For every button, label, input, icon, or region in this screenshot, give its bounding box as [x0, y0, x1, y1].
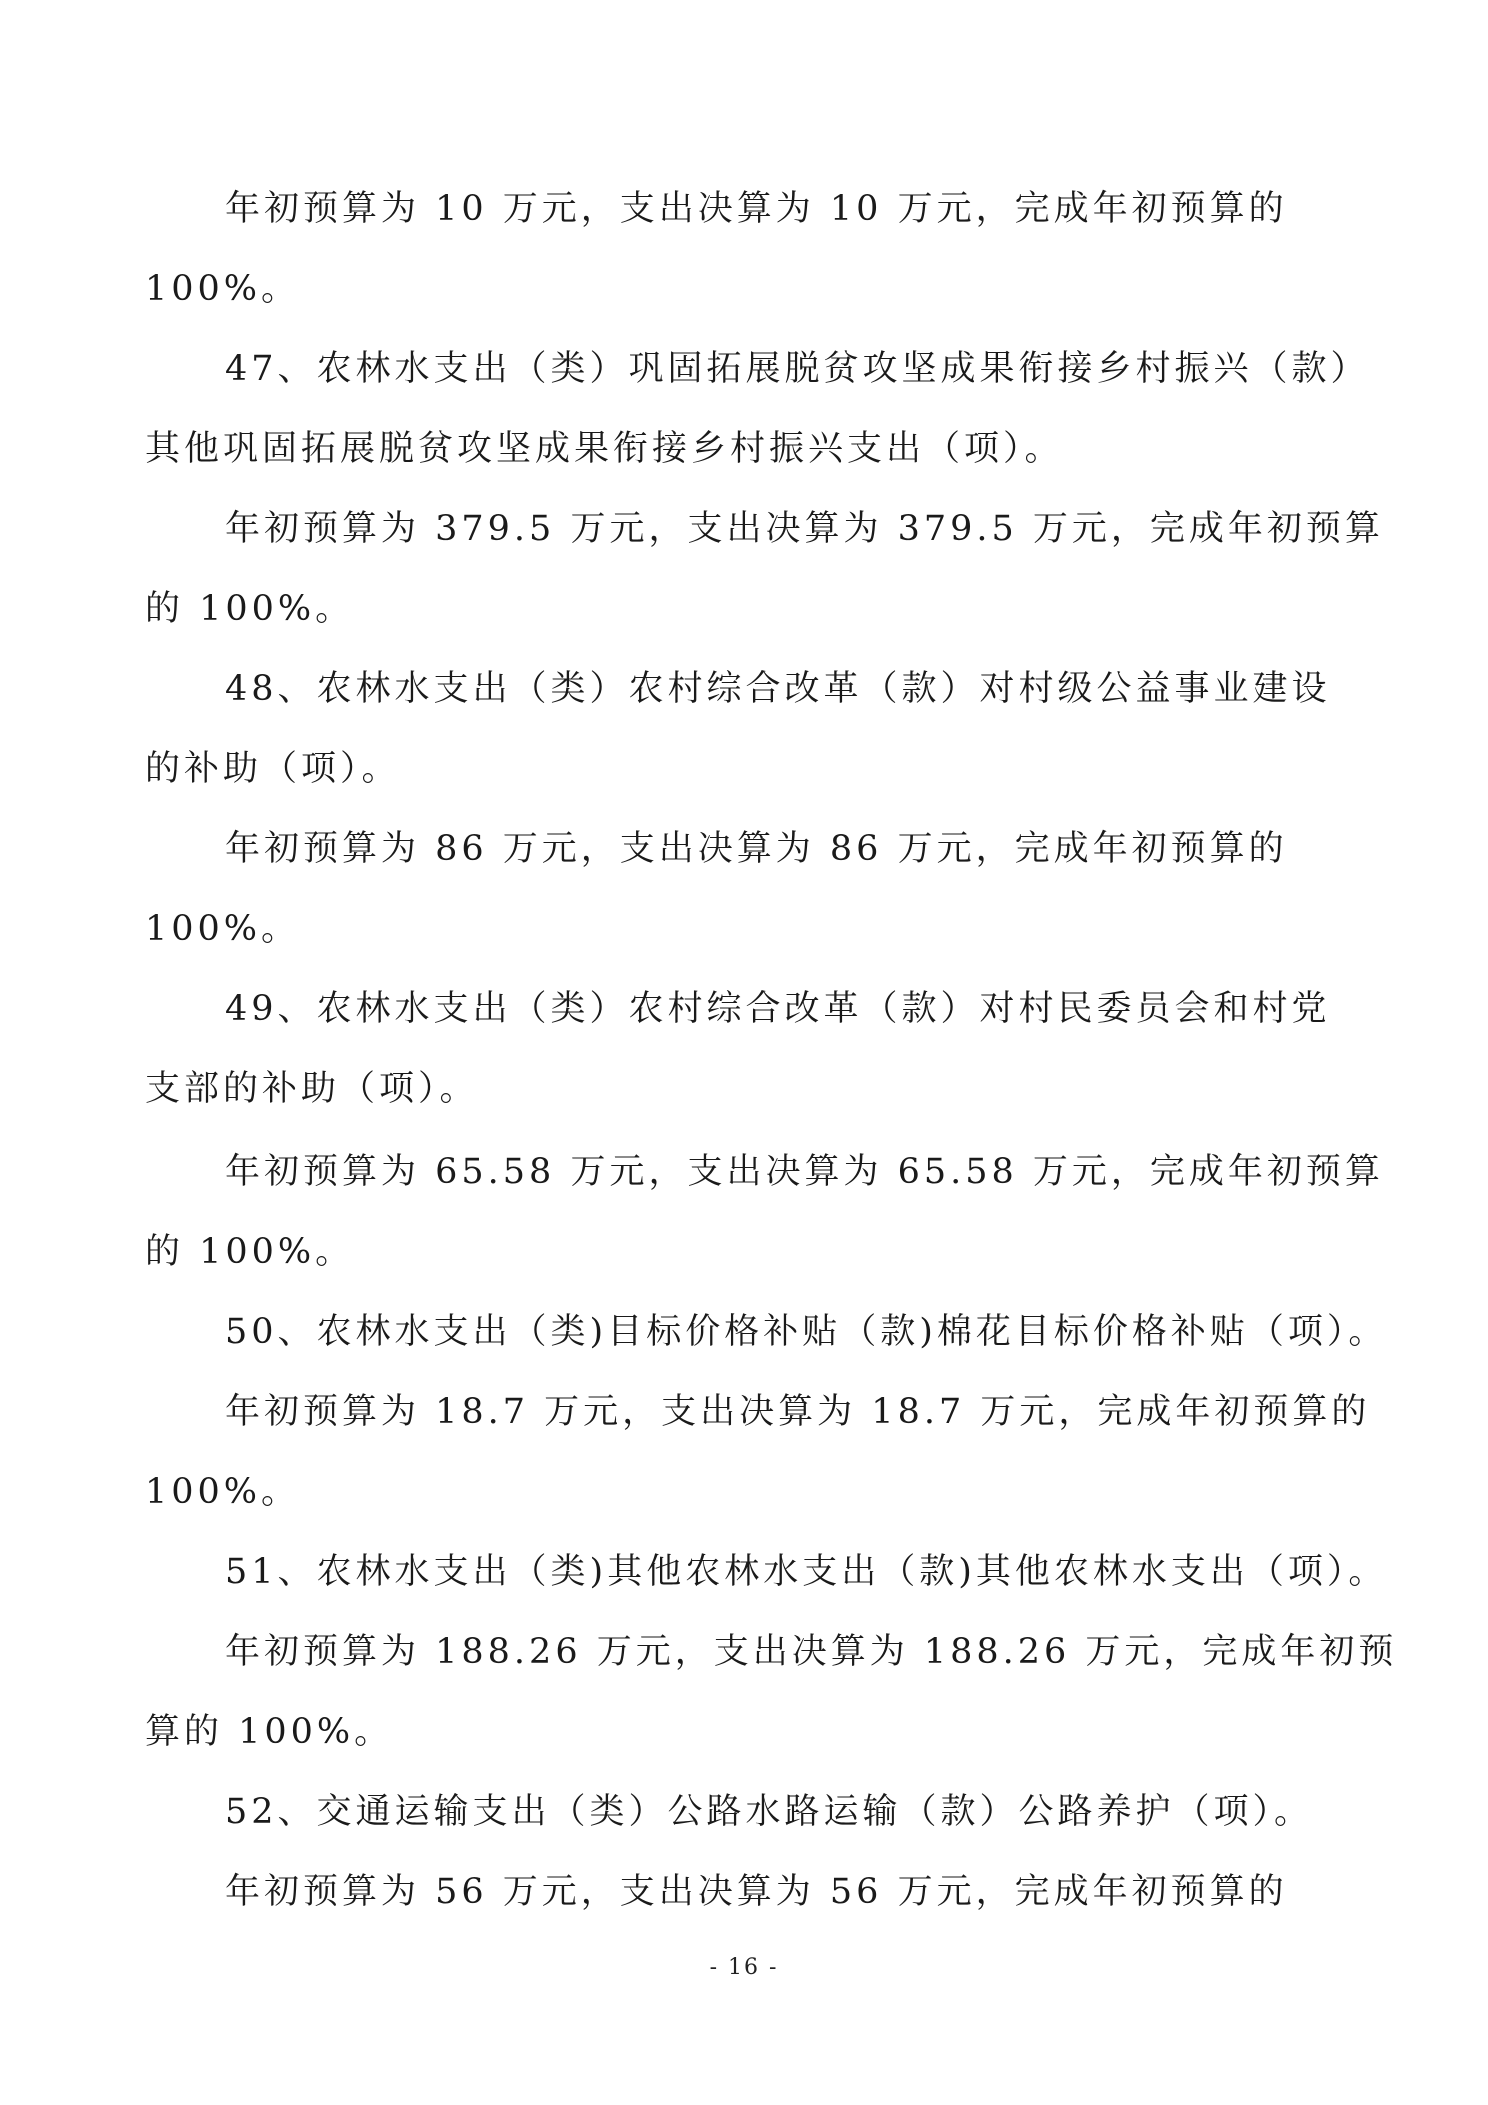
budget-line-49-cont: 的 100%。	[145, 1230, 354, 1274]
paragraph-line: 100%。	[145, 267, 300, 311]
budget-line-50: 年初预算为 18.7 万元，支出决算为 18.7 万元，完成年初预算的	[225, 1390, 1370, 1434]
budget-line-47-cont: 的 100%。	[145, 587, 354, 631]
budget-line-52: 年初预算为 56 万元，支出决算为 56 万元，完成年初预算的	[225, 1870, 1288, 1914]
budget-line-51-cont: 算的 100%。	[145, 1710, 393, 1754]
item-heading-48-cont: 的补助（项）。	[145, 747, 401, 791]
budget-line-50-cont: 100%。	[145, 1470, 300, 1514]
item-heading-47: 47、农林水支出（类）巩固拓展脱贫攻坚成果衔接乡村振兴（款）	[225, 347, 1370, 391]
page-number: - 16 -	[0, 1953, 1488, 1983]
budget-line-47: 年初预算为 379.5 万元，支出决算为 379.5 万元，完成年初预算	[225, 507, 1384, 551]
item-heading-52: 52、交通运输支出（类）公路水路运输（款）公路养护（项）。	[225, 1790, 1313, 1834]
budget-line-48: 年初预算为 86 万元，支出决算为 86 万元，完成年初预算的	[225, 827, 1288, 871]
budget-line-48-cont: 100%。	[145, 907, 300, 951]
budget-line-49: 年初预算为 65.58 万元，支出决算为 65.58 万元，完成年初预算	[225, 1150, 1384, 1194]
item-heading-51: 51、农林水支出（类)其他农林水支出（款)其他农林水支出（项）。	[225, 1550, 1387, 1594]
document-page: 年初预算为 10 万元，支出决算为 10 万元，完成年初预算的 100%。 47…	[0, 0, 1488, 2105]
paragraph-line: 年初预算为 10 万元，支出决算为 10 万元，完成年初预算的	[225, 187, 1288, 231]
item-heading-49: 49、农林水支出（类）农村综合改革（款）对村民委员会和村党	[225, 987, 1331, 1031]
item-heading-48: 48、农林水支出（类）农村综合改革（款）对村级公益事业建设	[225, 667, 1331, 711]
item-heading-47-cont: 其他巩固拓展脱贫攻坚成果衔接乡村振兴支出（项）。	[145, 427, 1064, 471]
budget-line-51: 年初预算为 188.26 万元，支出决算为 188.26 万元，完成年初预	[225, 1630, 1397, 1674]
item-heading-49-cont: 支部的补助（项）。	[145, 1067, 479, 1111]
item-heading-50: 50、农林水支出（类)目标价格补贴（款)棉花目标价格补贴（项）。	[225, 1310, 1387, 1354]
